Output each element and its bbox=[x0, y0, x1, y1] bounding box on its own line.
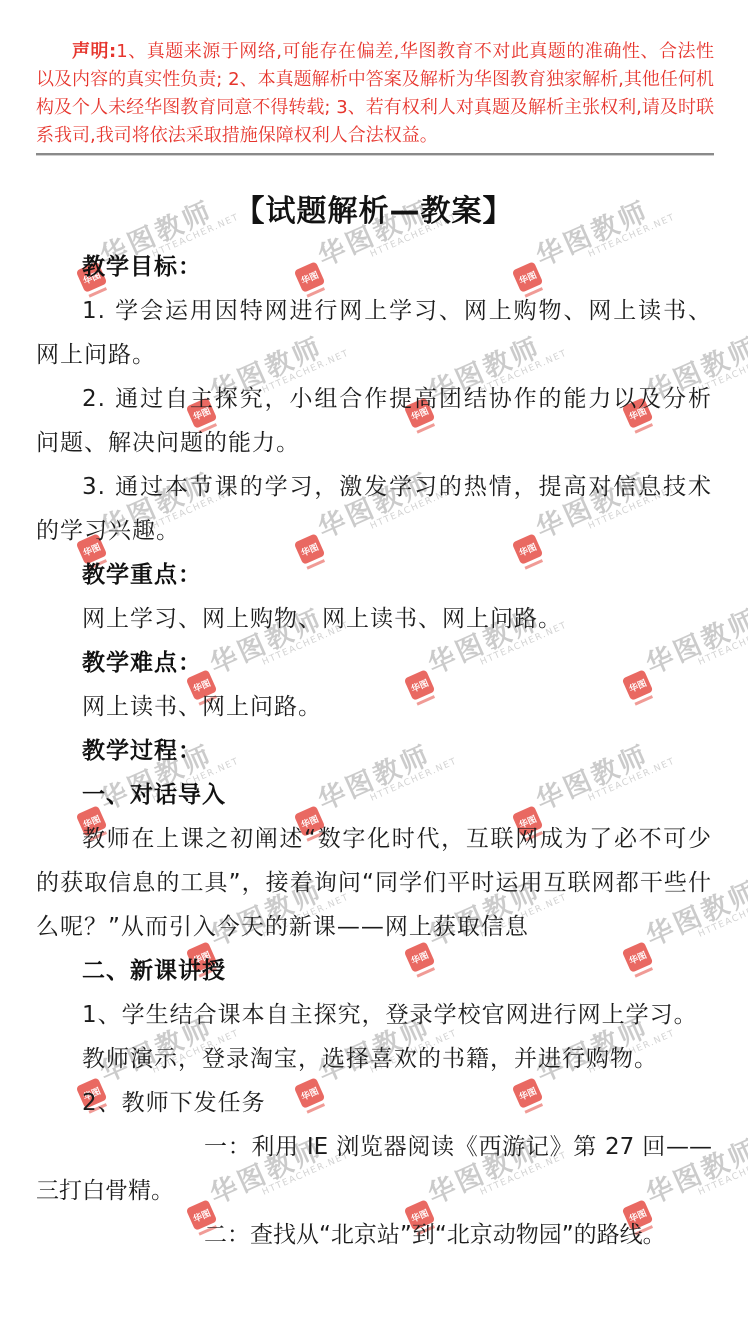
divider-line bbox=[36, 153, 714, 156]
document-content: 声明:1、真题来源于网络,可能存在偏差,华图教育不对此真题的准确性、合法性以及内… bbox=[0, 0, 748, 1335]
body-paragraph: 1. 学会运用因特网进行网上学习、网上购物、网上读书、网上问路。 bbox=[36, 289, 712, 377]
section-heading: 二、新课讲授 bbox=[36, 949, 712, 993]
body-paragraph: 教师在上课之初阐述“数字化时代，互联网成为了必不可少的获取信息的工具”，接着询问… bbox=[36, 817, 712, 949]
section-heading: 一、对话导入 bbox=[36, 773, 712, 817]
body-paragraph: 网上学习、网上购物、网上读书、网上问路。 bbox=[36, 597, 712, 641]
body-paragraph: 网上读书、网上问路。 bbox=[36, 685, 712, 729]
task-paragraph: 一：利用 IE 浏览器阅读《西游记》第 27 回——三打白骨精。 bbox=[36, 1125, 712, 1213]
section-heading: 教学目标： bbox=[36, 245, 712, 289]
body-paragraph: 教师演示，登录淘宝，选择喜欢的书籍，并进行购物。 bbox=[36, 1037, 712, 1081]
task-paragraph: 二：查找从“北京站”到“北京动物园”的路线。 bbox=[36, 1213, 712, 1257]
page-title: 【试题解析—教案】 bbox=[0, 192, 748, 233]
section-heading: 教学重点： bbox=[36, 553, 712, 597]
disclaimer: 声明:1、真题来源于网络,可能存在偏差,华图教育不对此真题的准确性、合法性以及内… bbox=[36, 38, 714, 150]
body-paragraph: 2、教师下发任务 bbox=[36, 1081, 712, 1125]
document-page: 华图华图教师HTTEACHER.NET华图华图教师HTTEACHER.NET华图… bbox=[0, 0, 748, 1335]
disclaimer-text: 1、真题来源于网络,可能存在偏差,华图教育不对此真题的准确性、合法性以及内容的真… bbox=[36, 41, 714, 146]
disclaimer-label: 声明: bbox=[72, 41, 116, 62]
document-body: 教学目标：1. 学会运用因特网进行网上学习、网上购物、网上读书、网上问路。2. … bbox=[36, 245, 712, 1257]
body-paragraph: 3. 通过本节课的学习，激发学习的热情，提高对信息技术的学习兴趣。 bbox=[36, 465, 712, 553]
section-heading: 教学过程： bbox=[36, 729, 712, 773]
body-paragraph: 1、学生结合课本自主探究，登录学校官网进行网上学习。 bbox=[36, 993, 712, 1037]
body-paragraph: 2. 通过自主探究，小组合作提高团结协作的能力以及分析问题、解决问题的能力。 bbox=[36, 377, 712, 465]
section-heading: 教学难点： bbox=[36, 641, 712, 685]
